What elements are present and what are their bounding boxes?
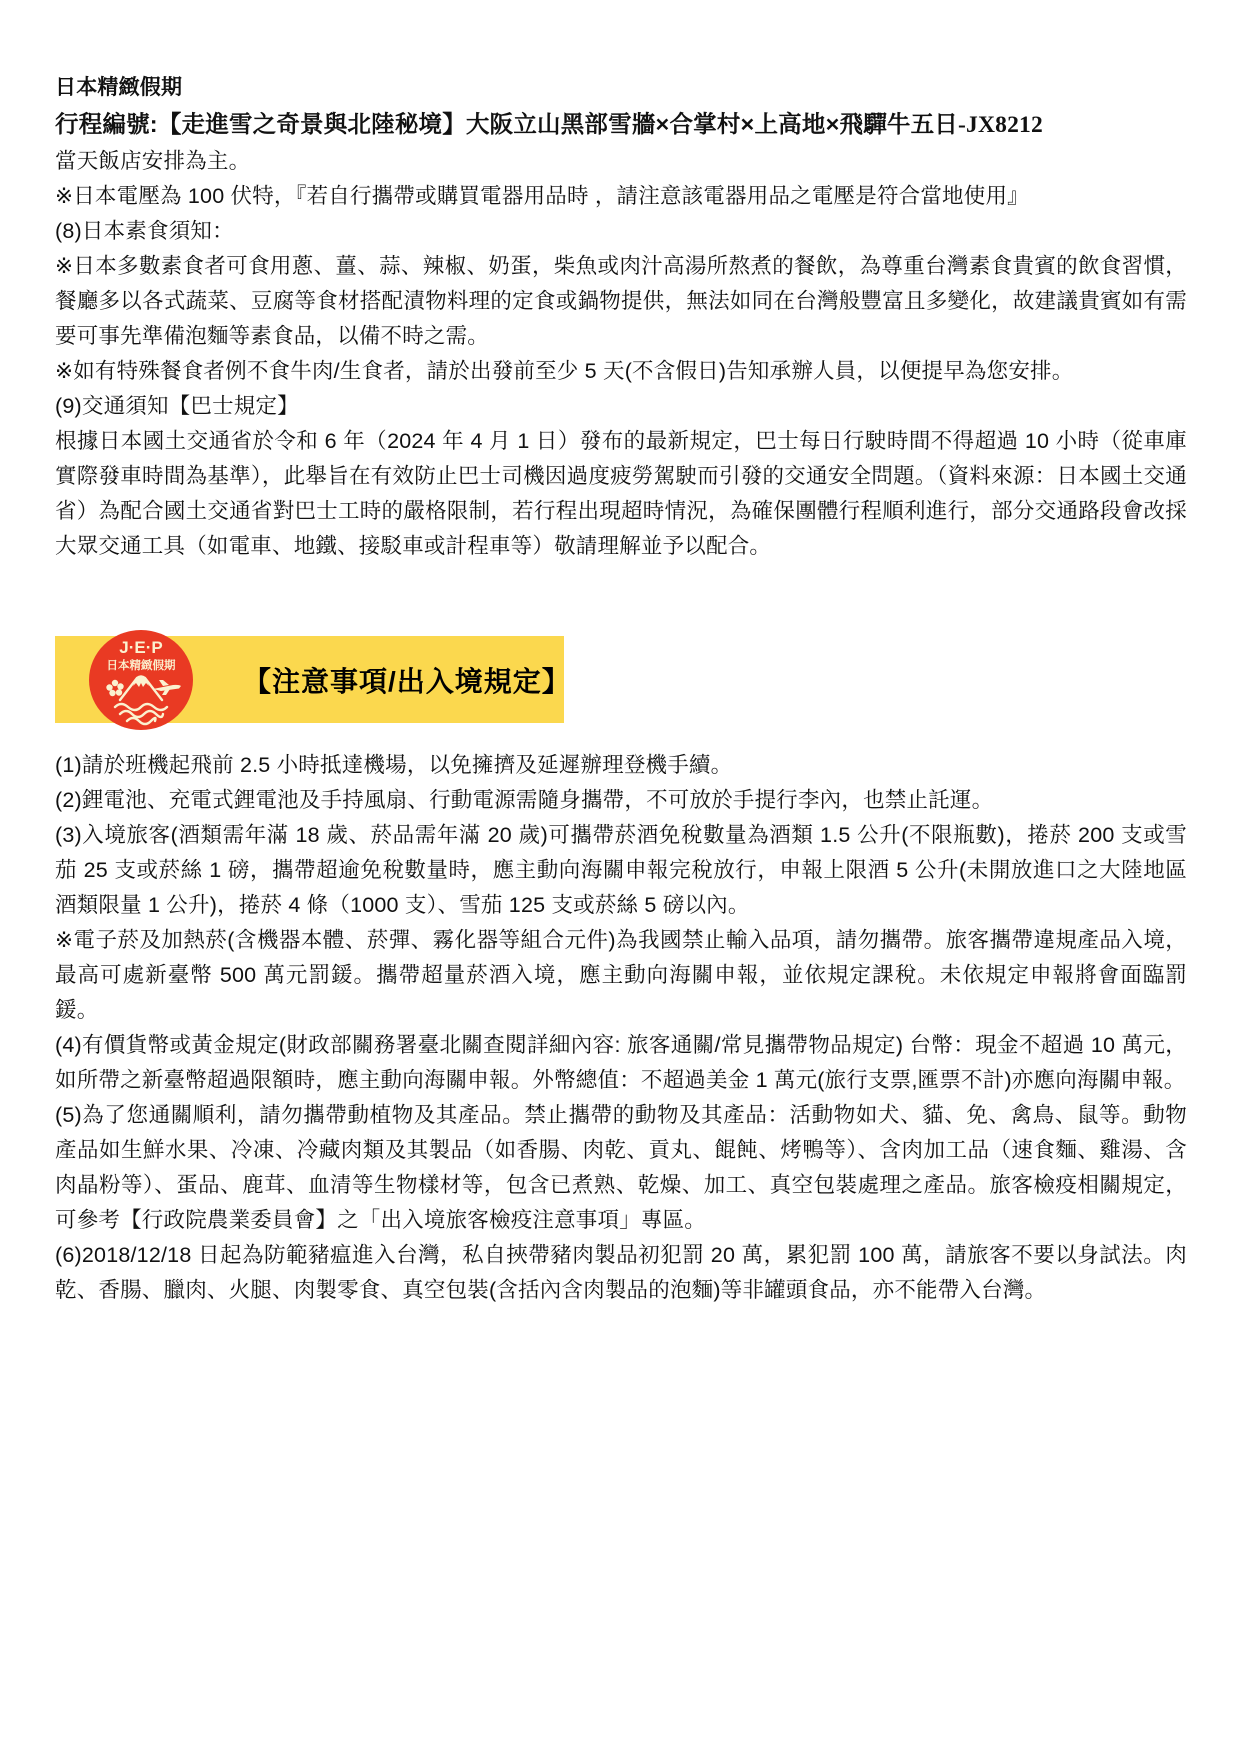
- itinerary-code: -JX8212: [958, 112, 1043, 138]
- itinerary-title: 行程編號:【走進雪之奇景與北陸秘境】大阪立山黑部雪牆×合掌村×上高地×飛驒牛五日…: [55, 105, 1187, 144]
- notice-item: (4)有價貨幣或黃金規定(財政部關務署臺北關查閱詳細內容: 旅客通關/常見攜帶物…: [55, 1028, 1187, 1098]
- jep-logo-graphic: J·E·P 日本精緻假期: [89, 630, 193, 730]
- itinerary-label: 行程編號:: [55, 111, 158, 137]
- paragraph-vegetarian-heading: (8)日本素食須知：: [55, 214, 1187, 249]
- logo-name-text: 日本精緻假期: [107, 658, 176, 672]
- paragraph-special-meal: ※如有特殊餐食者例不食牛肉/生食者，請於出發前至少 5 天(不含假日)告知承辦人…: [55, 354, 1187, 389]
- company-title: 日本精緻假期: [55, 70, 1187, 105]
- document-content: 日本精緻假期 行程編號:【走進雪之奇景與北陸秘境】大阪立山黑部雪牆×合掌村×上高…: [55, 70, 1187, 1308]
- jep-logo: J·E·P 日本精緻假期: [89, 630, 193, 730]
- itinerary-name: 【走進雪之奇景與北陸秘境】大阪立山黑部雪牆×合掌村×上高地×飛驒牛五日: [158, 111, 958, 137]
- paragraph-hotel-note: 當天飯店安排為主。: [55, 144, 1187, 179]
- paragraph-bus-regulation: 根據日本國土交通省於令和 6 年（2024 年 4 月 1 日）發布的最新規定，…: [55, 424, 1187, 564]
- notice-item: (5)為了您通關順利，請勿攜帶動植物及其產品。禁止攜帶的動物及其產品：活動物如犬…: [55, 1098, 1187, 1238]
- notice-item: ※電子菸及加熱菸(含機器本體、菸彈、霧化器等組合元件)為我國禁止輸入品項，請勿攜…: [55, 923, 1187, 1028]
- notice-item: (6)2018/12/18 日起為防範豬瘟進入台灣，私自挾帶豬肉製品初犯罰 20…: [55, 1238, 1187, 1308]
- paragraph-vegetarian-detail: ※日本多數素食者可食用蔥、薑、蒜、辣椒、奶蛋，柴魚或肉汁高湯所熬煮的餐飲，為尊重…: [55, 249, 1187, 354]
- paragraph-voltage-note: ※日本電壓為 100 伏特，『若自行攜帶或購買電器用品時 ，請注意該電器用品之電…: [55, 179, 1187, 214]
- notice-banner-section: 【注意事項/出入境規定】 J·E·P 日本精緻假期: [55, 564, 1187, 748]
- notice-item: (3)入境旅客(酒類需年滿 18 歲、菸品需年滿 20 歲)可攜帶菸酒免稅數量為…: [55, 818, 1187, 923]
- paragraph-transport-heading: (9)交通須知【巴士規定】: [55, 389, 1187, 424]
- logo-acronym-text: J·E·P: [119, 638, 162, 657]
- notice-item: (2)鋰電池、充電式鋰電池及手持風扇、行動電源需隨身攜帶，不可放於手提行李內，也…: [55, 783, 1187, 818]
- document-page: 日本精緻假期 行程編號:【走進雪之奇景與北陸秘境】大阪立山黑部雪牆×合掌村×上高…: [0, 0, 1241, 1755]
- notice-banner-heading: 【注意事項/出入境規定】: [243, 660, 571, 700]
- notice-item: (1)請於班機起飛前 2.5 小時抵達機場，以免擁擠及延遲辦理登機手續。: [55, 748, 1187, 783]
